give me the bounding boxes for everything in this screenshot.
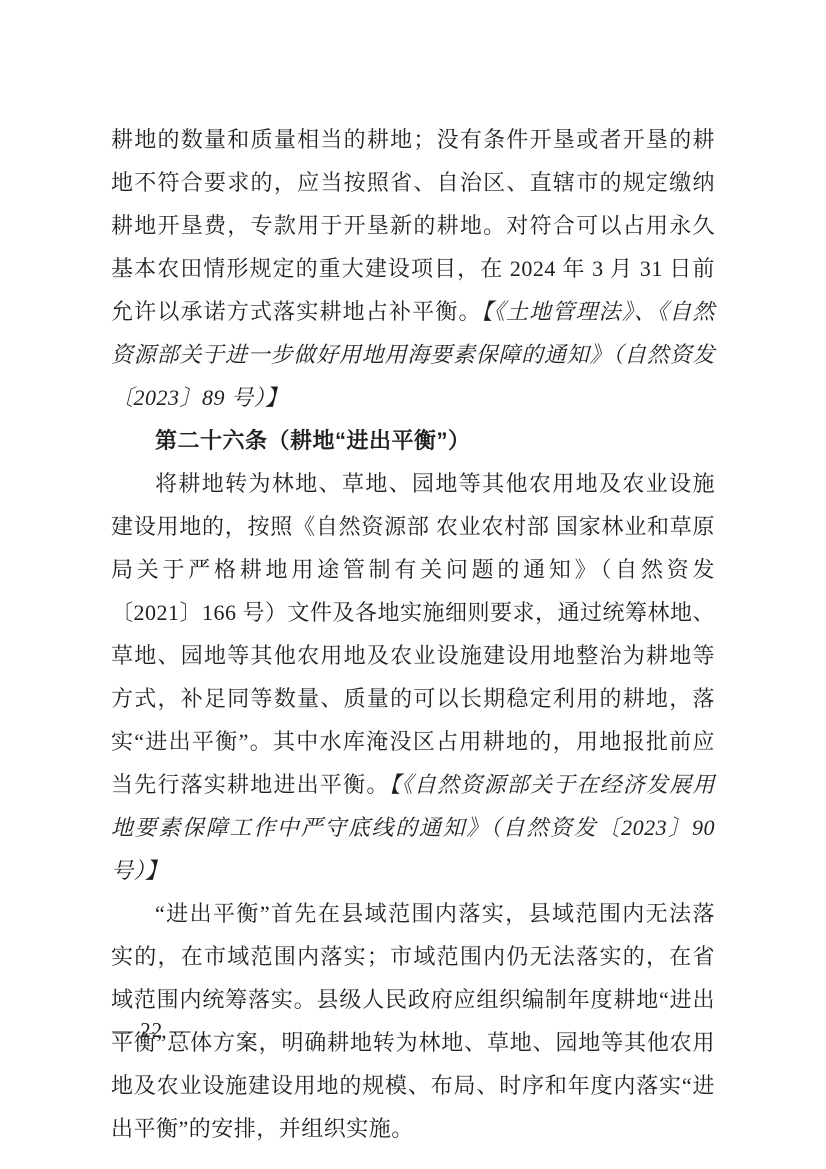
paragraph-text: “进出平衡”首先在县域范围内落实，县域范围内无法落实的，在市域范围内落实；市域范…: [111, 901, 715, 1141]
paragraph-text: 耕地的数量和质量相当的耕地；没有条件开垦或者开垦的耕地不符合要求的，应当按照省、…: [111, 127, 715, 324]
paragraph: “进出平衡”首先在县域范围内落实，县域范围内无法落实的，在市域范围内落实；市域范…: [111, 892, 715, 1150]
paragraph-continuation: 耕地的数量和质量相当的耕地；没有条件开垦或者开垦的耕地不符合要求的，应当按照省、…: [111, 118, 715, 419]
paragraph: 将耕地转为林地、草地、园地等其他农用地及农业设施建设用地的，按照《自然资源部 农…: [111, 462, 715, 892]
paragraph-text: 将耕地转为林地、草地、园地等其他农用地及农业设施建设用地的，按照《自然资源部 农…: [111, 471, 715, 797]
page-content: 耕地的数量和质量相当的耕地；没有条件开垦或者开垦的耕地不符合要求的，应当按照省、…: [111, 118, 715, 1150]
page-number: — 22 —: [112, 1018, 192, 1042]
page-number-label: — 22 —: [112, 1018, 192, 1042]
article-heading: 第二十六条（耕地“进出平衡”）: [111, 419, 715, 462]
